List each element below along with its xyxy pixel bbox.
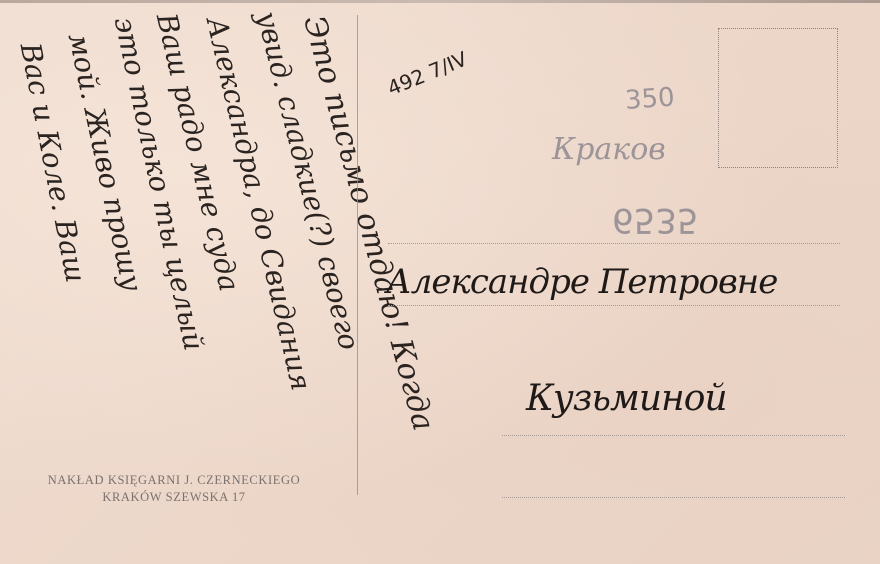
publisher-line-1: NAKŁAD KSIĘGARNI J. CZERNECKIEGO — [14, 472, 334, 489]
center-divider — [357, 15, 358, 495]
note-fraction: 492 7/IV — [384, 47, 470, 101]
address-recipient-surname: Кузьминой — [526, 378, 727, 419]
card-edge — [0, 0, 880, 3]
postcard: Это письмо отдаю! Когда увид. сладкие(?)… — [0, 0, 880, 564]
note-number-6535: 6535 — [612, 200, 699, 240]
note-city: Краков — [552, 132, 666, 167]
note-number-350: 350 — [624, 83, 676, 116]
publisher-imprint: NAKŁAD KSIĘGARNI J. CZERNECKIEGO KRAKÓW … — [14, 472, 334, 506]
address-rule-4 — [502, 497, 845, 498]
address-rule-2 — [388, 305, 840, 306]
stamp-box — [718, 28, 838, 168]
address-recipient-name: Александре Петровне — [386, 262, 777, 302]
address-rule-1 — [388, 243, 840, 244]
publisher-line-2: KRAKÓW SZEWSKA 17 — [14, 489, 334, 506]
address-rule-3 — [502, 435, 845, 436]
